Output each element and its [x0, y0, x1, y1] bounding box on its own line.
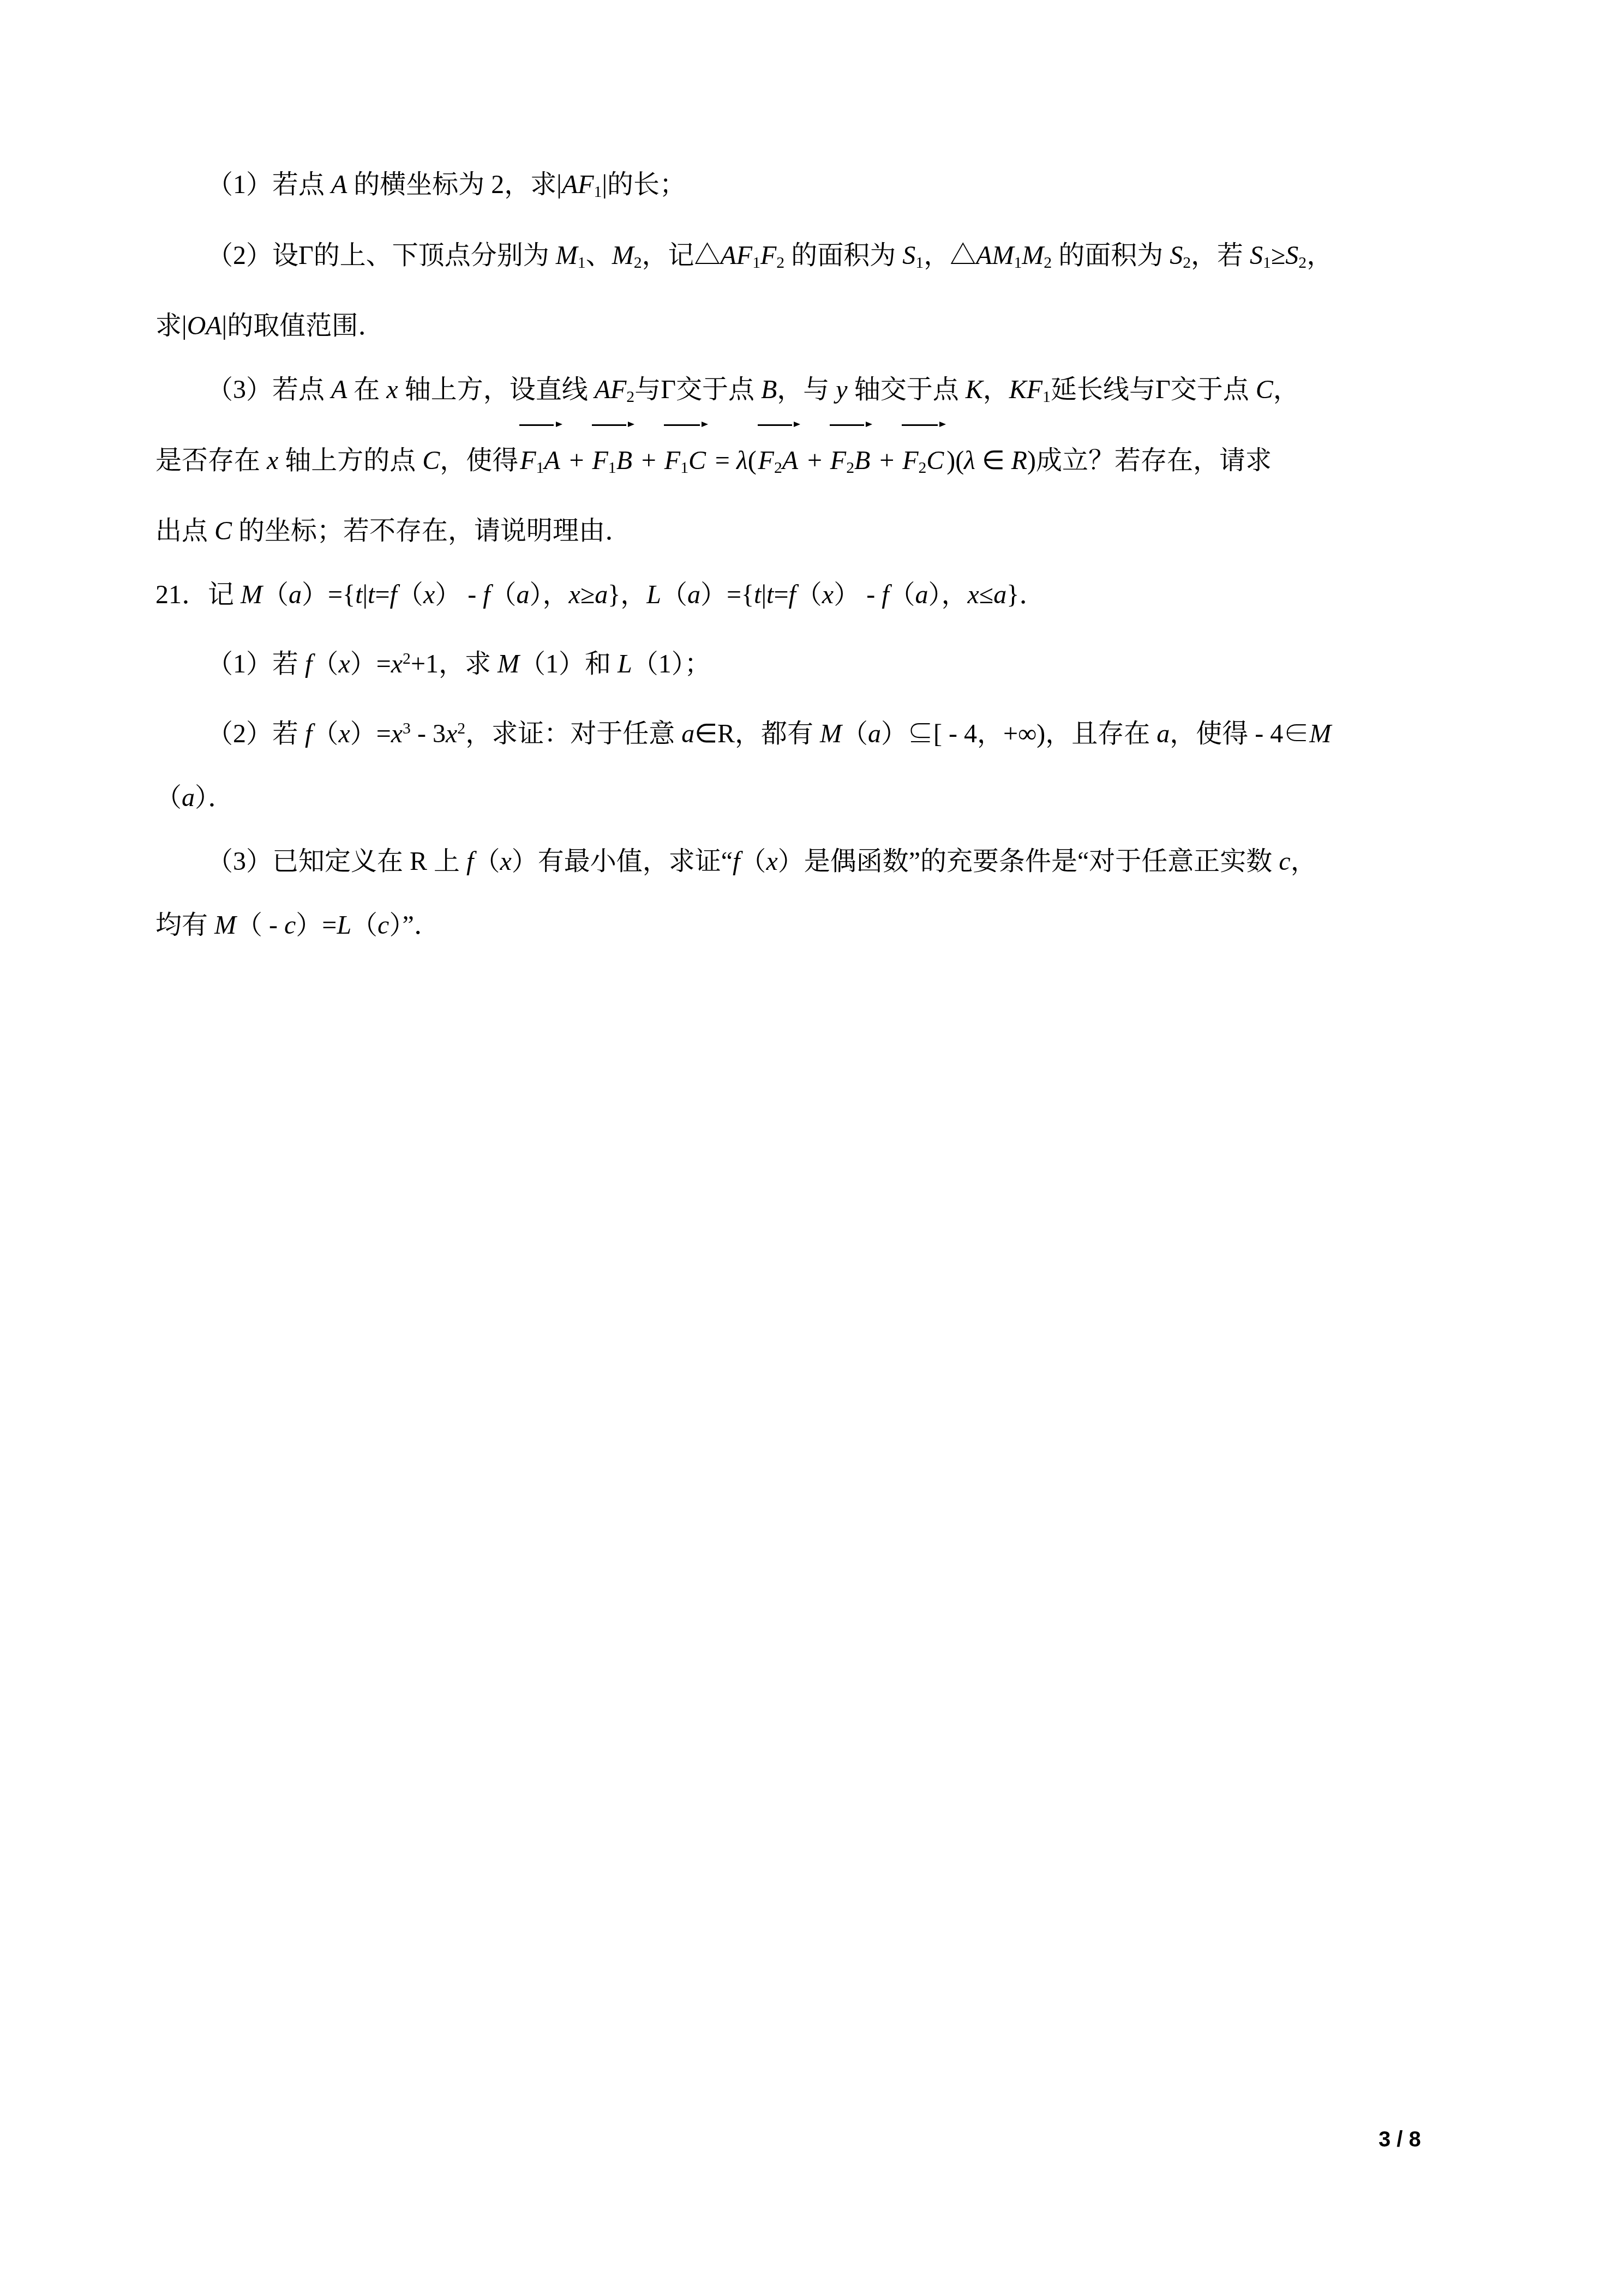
text-run: ） -: [834, 580, 882, 609]
text-run: x: [391, 719, 403, 748]
text-run: 的横坐标为 2，求|: [347, 170, 562, 199]
vector-expression: F1B: [591, 423, 635, 499]
text-run: ）⊆[ - 4，+∞)，且存在: [881, 719, 1156, 748]
text-run: =: [774, 580, 788, 609]
text-run: ）”．: [389, 911, 440, 940]
text-run: x: [423, 580, 435, 609]
text-run: M: [612, 241, 634, 270]
text-run: F: [758, 446, 774, 475]
text-run: 1: [752, 253, 760, 271]
text-run: - 3: [411, 719, 446, 748]
text-run: 在: [347, 375, 386, 404]
text-run: （: [312, 650, 338, 679]
text-run: 轴上方，设直线: [398, 375, 595, 404]
vector-expression: F2B: [829, 423, 873, 499]
text-run: B: [761, 375, 777, 404]
text-run: 的面积为: [1052, 241, 1170, 270]
text-run: f: [305, 719, 312, 748]
text-run: 2: [457, 719, 465, 737]
text-run: ）=: [296, 911, 337, 940]
text-run: x: [267, 446, 278, 475]
text-run: c: [1279, 847, 1290, 876]
text-run: （3）若点: [207, 375, 331, 404]
text-line-10: （a）．: [155, 766, 1487, 830]
text-run: ，记△: [642, 241, 721, 270]
text-run: t: [368, 580, 375, 609]
text-run: 2: [846, 458, 854, 476]
text-run: ≥: [1271, 241, 1285, 270]
text-run: ）={: [700, 580, 754, 609]
text-run: S: [1285, 241, 1298, 270]
text-run: 1: [1014, 253, 1022, 271]
text-run: A: [331, 170, 347, 199]
text-run: 3: [403, 719, 411, 737]
text-run: 与Γ交于点: [634, 375, 761, 404]
document-page: { "document": { "lines": [ {"indent": tr…: [0, 0, 1624, 2296]
text-run: （1）若点: [207, 170, 331, 199]
text-run: ） -: [435, 580, 483, 609]
text-run: t: [355, 580, 362, 609]
text-run: M: [241, 580, 262, 609]
text-run: f: [788, 580, 795, 609]
text-run: x: [446, 719, 457, 748]
text-run: f: [466, 847, 474, 876]
text-run: }．: [1006, 580, 1045, 609]
text-run: ）=: [350, 719, 391, 748]
text-line-8: （1）若 f（x）=x2+1，求 M（1）和 L（1）；: [155, 627, 1487, 696]
text-run: ，若: [1191, 241, 1250, 270]
text-run: ）是偶函数”的充要条件是“对于任意正实数: [778, 847, 1279, 876]
text-run: 1: [1263, 253, 1271, 271]
text-run: f: [733, 847, 740, 876]
vector-expression: F2C: [901, 423, 946, 499]
text-run: 1: [680, 458, 688, 476]
text-run: 1: [608, 458, 616, 476]
text-line-12: 均有 M（ - c）=L（c）”．: [155, 893, 1487, 957]
text-run: (: [748, 446, 757, 475]
text-run: ，: [1273, 375, 1299, 404]
text-line-9: （2）若 f（x）=x3 - 3x2，求证：对于任意 a∈R，都有 M（a）⊆[…: [155, 696, 1487, 766]
vector-expression: F1A: [518, 423, 562, 499]
text-run: 2: [1044, 253, 1052, 271]
text-run: )(: [946, 446, 964, 475]
text-run: x: [500, 847, 511, 876]
text-run: （: [490, 580, 517, 609]
text-run: 延长线与Γ交于点: [1051, 375, 1256, 404]
text-run: =: [709, 446, 736, 475]
text-run: M: [498, 650, 519, 679]
text-run: λ: [736, 446, 748, 475]
text-run: （: [889, 580, 915, 609]
text-run: 1: [915, 253, 924, 271]
text-run: +: [635, 446, 663, 475]
text-run: （1）；: [632, 650, 711, 679]
text-run: K: [966, 375, 983, 404]
text-run: C: [214, 516, 232, 545]
text-run: 2: [626, 388, 634, 406]
text-run: S: [1250, 241, 1263, 270]
text-run: L: [646, 580, 661, 609]
text-run: S: [902, 241, 915, 270]
text-run: ）有最小值，求证“: [512, 847, 733, 876]
text-run: M: [214, 911, 236, 940]
text-run: a: [993, 580, 1006, 609]
text-run: x: [766, 847, 777, 876]
text-run: 均有: [155, 911, 214, 940]
text-run: 出点: [155, 516, 214, 545]
text-run: 、: [586, 241, 612, 270]
text-run: （2）设Γ的上、下顶点分别为: [207, 241, 556, 270]
text-run: （: [397, 580, 423, 609]
text-run: ，使得 - 4∈: [1170, 719, 1309, 748]
text-run: x: [968, 580, 979, 609]
text-line-1: （1）若点 A 的横坐标为 2，求|AF1|的长；: [155, 153, 1487, 224]
text-run: a: [687, 580, 700, 609]
document-body: （1）若点 A 的横坐标为 2，求|AF1|的长；（2）设Γ的上、下顶点分别为 …: [155, 153, 1487, 957]
text-run: AM: [976, 241, 1014, 270]
text-run: （: [796, 580, 822, 609]
text-run: x: [338, 650, 350, 679]
text-run: }，: [608, 580, 646, 609]
text-run: 的面积为: [784, 241, 902, 270]
text-run: （: [155, 783, 182, 812]
text-run: M: [556, 241, 578, 270]
text-run: B: [854, 446, 870, 475]
text-run: F: [760, 241, 776, 270]
text-line-5: 是否存在 x 轴上方的点 C，使得F1A + F1B + F1C = λ(F2A…: [155, 429, 1487, 500]
text-run: t: [754, 580, 761, 609]
text-run: AF: [595, 375, 627, 404]
text-run: 2: [1298, 253, 1307, 271]
text-run: ∈: [975, 446, 1011, 475]
text-run: 2: [403, 650, 411, 668]
text-run: （: [262, 580, 289, 609]
text-run: AF: [721, 241, 753, 270]
text-run: ，与: [777, 375, 836, 404]
text-run: ）．: [195, 783, 234, 812]
vector-expression: F2A: [757, 423, 801, 499]
text-run: |: [362, 580, 368, 609]
text-run: M: [1022, 241, 1044, 270]
text-run: （: [474, 847, 500, 876]
text-run: x: [569, 580, 580, 609]
text-run: （: [842, 719, 868, 748]
text-run: a: [868, 719, 881, 748]
text-run: f: [305, 650, 312, 679]
text-run: 1: [1042, 388, 1051, 406]
text-run: （3）已知定义在 R 上: [207, 847, 466, 876]
text-run: AF: [562, 170, 594, 199]
text-run: ≥: [580, 580, 595, 609]
text-run: |: [761, 580, 766, 609]
text-run: ，: [1291, 847, 1317, 876]
text-run: M: [820, 719, 842, 748]
text-run: 2: [776, 253, 784, 271]
text-run: F: [664, 446, 680, 475]
text-run: +: [563, 446, 591, 475]
text-run: 1: [578, 253, 586, 271]
text-run: B: [616, 446, 632, 475]
text-run: a: [681, 719, 694, 748]
text-run: a: [517, 580, 530, 609]
text-run: S: [1170, 241, 1183, 270]
text-line-7: 21．记 M（a）={t|t=f（x） - f（a），x≥a}，L（a）={t|…: [155, 563, 1487, 627]
text-run: ∈R，都有: [694, 719, 820, 748]
text-run: （1）和: [519, 650, 618, 679]
text-run: a: [182, 783, 195, 812]
text-run: （ -: [236, 911, 284, 940]
text-run: a: [915, 580, 928, 609]
text-run: 1: [594, 183, 602, 201]
vector-expression: F1C: [663, 423, 709, 499]
text-line-11: （3）已知定义在 R 上 f（x）有最小值，求证“f（x）是偶函数”的充要条件是…: [155, 830, 1487, 893]
text-run: F: [830, 446, 846, 475]
text-run: f: [882, 580, 889, 609]
text-run: y: [836, 375, 847, 404]
text-run: ），: [530, 580, 569, 609]
text-run: λ: [964, 446, 975, 475]
text-run: ，求证：对于任意: [465, 719, 681, 748]
text-run: 轴交于点: [848, 375, 966, 404]
text-run: C: [1256, 375, 1273, 404]
text-run: 是否存在: [155, 446, 267, 475]
text-run: C: [688, 446, 706, 475]
text-run: KF: [1009, 375, 1042, 404]
text-run: 轴上方的点: [278, 446, 422, 475]
text-run: C: [926, 446, 944, 475]
text-run: ，: [983, 375, 1009, 404]
text-line-3: 求|OA|的取值范围．: [155, 294, 1487, 358]
text-run: ，使得: [440, 446, 518, 475]
text-run: f: [483, 580, 490, 609]
text-run: L: [337, 911, 351, 940]
text-run: M: [1309, 719, 1331, 748]
text-run: 2: [1183, 253, 1191, 271]
text-run: |的长；: [602, 170, 686, 199]
text-run: a: [595, 580, 608, 609]
text-run: x: [338, 719, 350, 748]
text-run: A: [782, 446, 798, 475]
text-run: |的取值范围．: [222, 311, 385, 340]
text-run: f: [390, 580, 397, 609]
text-run: ≤: [979, 580, 993, 609]
page-number: 3 / 8: [1379, 2129, 1421, 2150]
text-run: 2: [634, 253, 642, 271]
text-run: A: [331, 375, 347, 404]
text-run: F: [592, 446, 608, 475]
text-run: 2: [918, 458, 926, 476]
text-run: （: [661, 580, 687, 609]
text-run: +: [801, 446, 829, 475]
text-line-6: 出点 C 的坐标；若不存在，请说明理由．: [155, 499, 1487, 563]
text-run: ，△: [924, 241, 976, 270]
text-run: a: [289, 580, 302, 609]
text-run: +1，求: [411, 650, 498, 679]
text-run: x: [391, 650, 403, 679]
text-run: F: [902, 446, 918, 475]
text-run: 21．记: [155, 580, 241, 609]
text-run: F: [520, 446, 536, 475]
text-run: ），: [928, 580, 968, 609]
text-run: c: [377, 911, 389, 940]
text-run: c: [284, 911, 296, 940]
text-run: +: [873, 446, 901, 475]
text-run: （1）若: [207, 650, 305, 679]
text-run: （: [351, 911, 377, 940]
text-run: A: [544, 446, 560, 475]
text-run: 的坐标；若不存在，请说明理由．: [232, 516, 631, 545]
text-run: )成立？若存在，请求: [1027, 446, 1272, 475]
text-run: 2: [774, 458, 782, 476]
text-run: a: [1156, 719, 1170, 748]
text-run: L: [618, 650, 632, 679]
text-run: x: [822, 580, 834, 609]
text-run: （: [312, 719, 338, 748]
text-run: ）={: [302, 580, 355, 609]
text-run: （2）若: [207, 719, 305, 748]
text-line-2: （2）设Γ的上、下顶点分别为 M1、M2，记△AF1F2 的面积为 S1，△AM…: [155, 224, 1487, 294]
text-run: 求|: [155, 311, 187, 340]
text-run: x: [386, 375, 398, 404]
text-line-4: （3）若点 A 在 x 轴上方，设直线 AF2与Γ交于点 B，与 y 轴交于点 …: [155, 358, 1487, 429]
text-run: R: [1011, 446, 1027, 475]
text-run: ）=: [350, 650, 391, 679]
text-run: t: [766, 580, 774, 609]
text-run: C: [422, 446, 440, 475]
text-run: （: [740, 847, 766, 876]
text-run: =: [375, 580, 389, 609]
text-run: 1: [536, 458, 544, 476]
text-run: OA: [187, 311, 222, 340]
text-run: ，: [1307, 241, 1333, 270]
